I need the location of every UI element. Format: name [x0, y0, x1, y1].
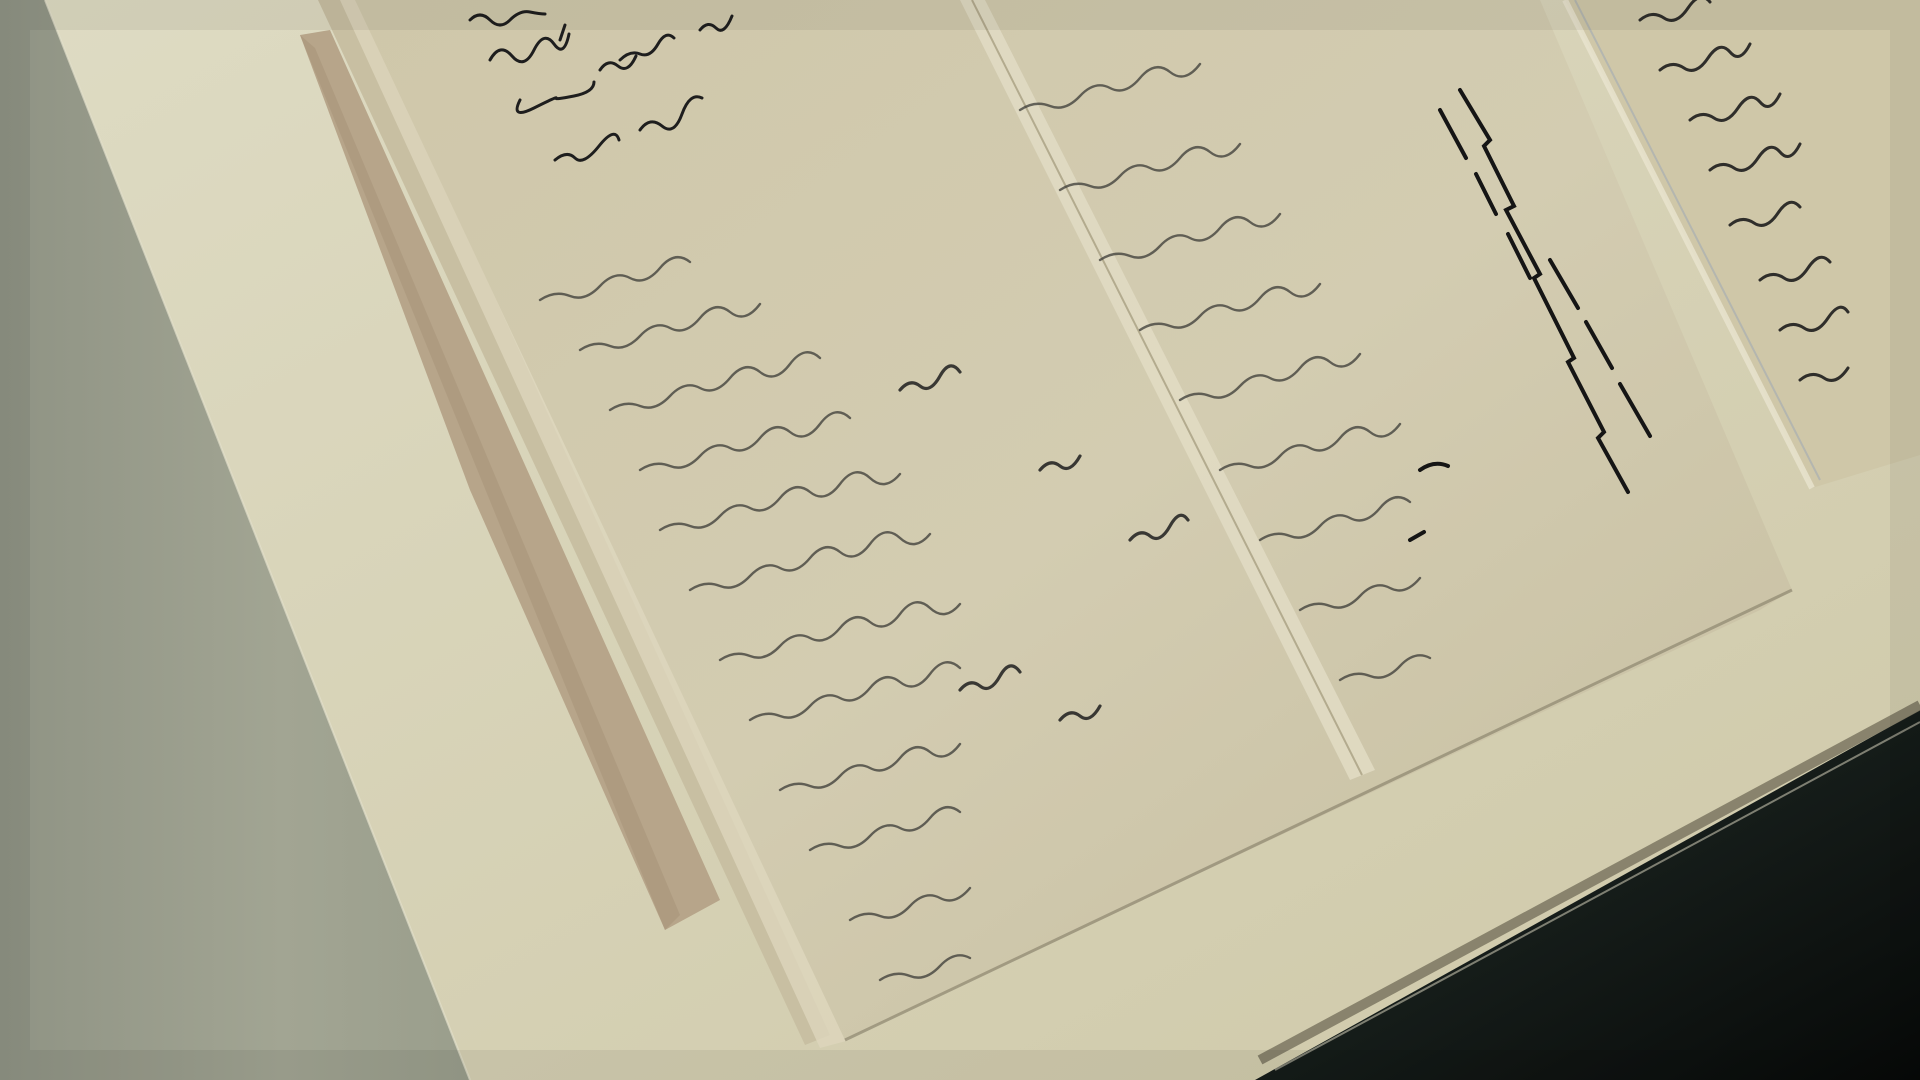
photo-scene — [0, 0, 1920, 1080]
museum-display-photo: Photograph of a historical handwritten l… — [0, 0, 1920, 1080]
